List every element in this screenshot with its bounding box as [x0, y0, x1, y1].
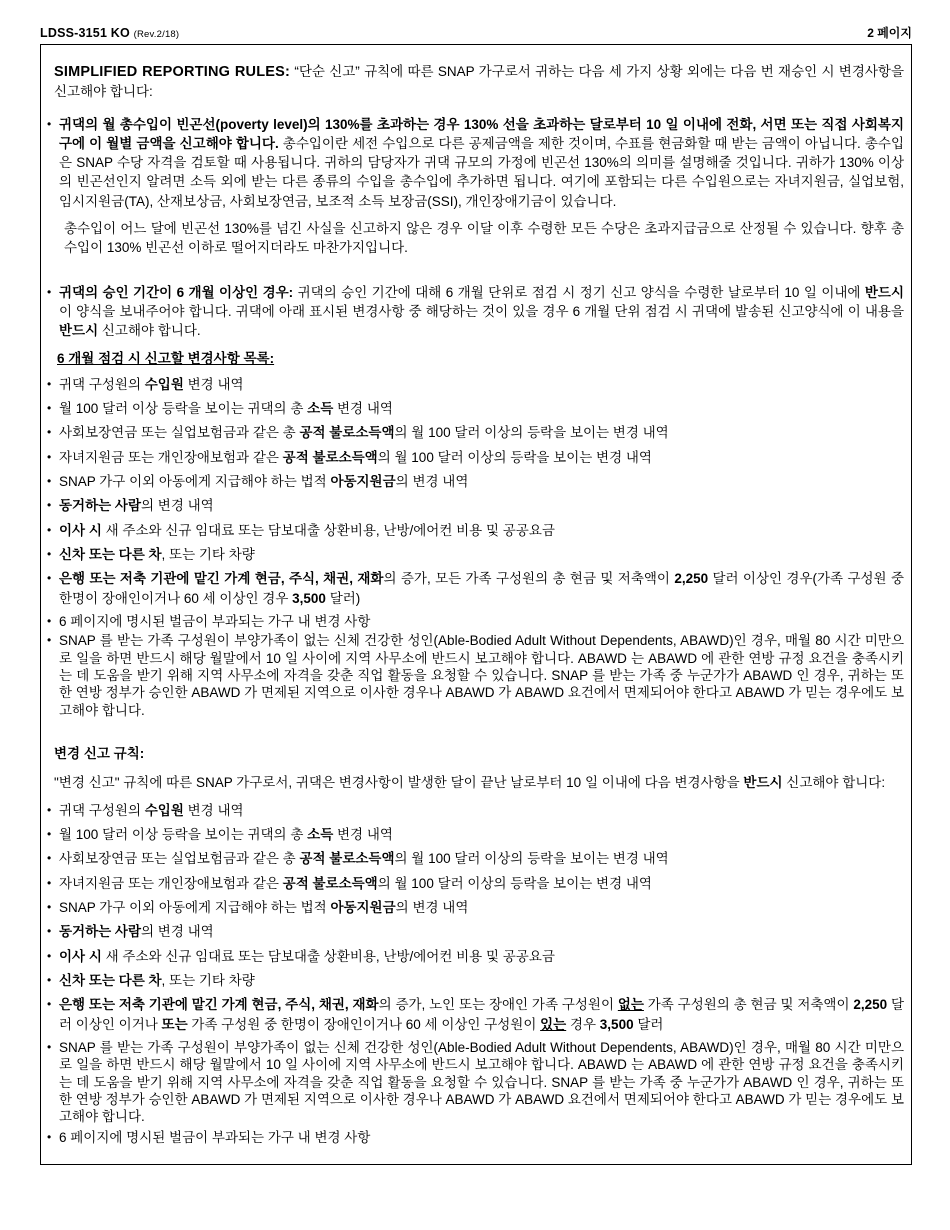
emphasis-segment: 없는	[618, 997, 644, 1012]
bullet-icon: •	[47, 613, 59, 630]
list-item: •동거하는 사람의 변경 내역	[47, 496, 904, 515]
text-segment: 새 주소와 신규 임대료 또는 담보대출 상환비용, 난방/에어컨 비용 및 공…	[102, 949, 555, 964]
text-segment: , 또는 기타 차량	[162, 547, 255, 562]
list-item: •이사 시 새 주소와 신규 임대료 또는 담보대출 상환비용, 난방/에어컨 …	[47, 521, 904, 540]
list-item: •SNAP 를 받는 가족 구성원이 부양가족이 없는 신체 건강한 성인(Ab…	[47, 632, 904, 719]
text-segment: 의 월 100 달러 이상의 등락을 보이는 변경 내역	[395, 425, 669, 440]
emphasis-segment: 변경 신고 규칙:	[54, 746, 144, 761]
sub-paragraph: 총수입이 어느 달에 빈곤선 130%를 넘긴 사실을 신고하지 않은 경우 이…	[64, 219, 904, 258]
emphasis-segment: 은행 또는 저축 기관에 맡긴 가계 현금, 주식, 채권, 재화	[59, 571, 383, 586]
list-item-text: 귀댁 구성원의 수입원 변경 내역	[59, 801, 904, 820]
list-item: •사회보장연금 또는 실업보험금과 같은 총 공적 불로소득액의 월 100 달…	[47, 849, 904, 868]
list-item: •SNAP 를 받는 가족 구성원이 부양가족이 없는 신체 건강한 성인(Ab…	[47, 1039, 904, 1126]
emphasis-segment: 반드시	[865, 285, 904, 300]
list-item-text: 자녀지원금 또는 개인장애보험과 같은 공적 불로소득액의 월 100 달러 이…	[59, 874, 904, 893]
bullet-icon: •	[47, 898, 59, 917]
text-segment: 변경 내역	[333, 401, 393, 416]
text-segment: 의 증가, 노인 또는 장애인 가족 구성원이	[379, 997, 618, 1012]
list-item-text: 귀댁의 월 총수입이 빈곤선(poverty level)의 130%를 초과하…	[59, 115, 904, 211]
list-item: •월 100 달러 이상 등락을 보이는 귀댁의 총 소득 변경 내역	[47, 825, 904, 844]
emphasis-segment: 공적 불로소득액	[299, 425, 394, 440]
text-segment: , 또는 기타 차량	[162, 973, 255, 988]
text-segment: 자녀지원금 또는 개인장애보험과 같은	[59, 450, 283, 465]
list-item-text: 신차 또는 다른 차, 또는 기타 차량	[59, 545, 904, 564]
text-segment: 귀댁의 승인 기간에 대해 6 개월 단위로 점검 시 정기 신고 양식을 수령…	[293, 285, 865, 300]
emphasis-segment: 공적 불로소득액	[283, 450, 378, 465]
text-segment: 새 주소와 신규 임대료 또는 담보대출 상환비용, 난방/에어컨 비용 및 공…	[102, 523, 555, 538]
list-item: •은행 또는 저축 기관에 맡긴 가계 현금, 주식, 채권, 재화의 증가, …	[47, 995, 904, 1034]
list-item-text: 월 100 달러 이상 등락을 보이는 귀댁의 총 소득 변경 내역	[59, 399, 904, 418]
text-segment: 의 월 100 달러 이상의 등락을 보이는 변경 내역	[378, 876, 652, 891]
list-item-text: 신차 또는 다른 차, 또는 기타 차량	[59, 971, 904, 990]
list-item-text: 동거하는 사람의 변경 내역	[59, 496, 904, 515]
list-item: •신차 또는 다른 차, 또는 기타 차량	[47, 545, 904, 564]
list-item-text: 월 100 달러 이상 등락을 보이는 귀댁의 총 소득 변경 내역	[59, 825, 904, 844]
emphasis-segment: 반드시	[59, 323, 98, 338]
document-body: SIMPLIFIED REPORTING RULES: “단순 신고” 규칙에 …	[47, 62, 904, 1147]
bullet-icon: •	[47, 569, 59, 608]
text-segment: SNAP 가구 이외 아동에게 지급해야 하는 법적	[59, 900, 330, 915]
text-segment: SNAP 를 받는 가족 구성원이 부양가족이 없는 신체 건강한 성인(Abl…	[59, 633, 904, 718]
text-segment: 가족 구성원 중 한명이 장애인이거나 60 세 이상인 구성원이	[188, 1017, 540, 1032]
list-item-text: 6 페이지에 명시된 벌금이 부과되는 가구 내 변경 사항	[59, 613, 904, 630]
emphasis-segment: 공적 불로소득액	[283, 876, 378, 891]
list-item: •귀댁 구성원의 수입원 변경 내역	[47, 375, 904, 394]
list-item-text: 사회보장연금 또는 실업보험금과 같은 총 공적 불로소득액의 월 100 달러…	[59, 423, 904, 442]
form-page: LDSS-3151 KO (Rev.2/18) 2 페이지 SIMPLIFIED…	[0, 0, 950, 1230]
emphasis-segment: 아동지원금	[330, 900, 395, 915]
list-item: •은행 또는 저축 기관에 맡긴 가계 현금, 주식, 채권, 재화의 증가, …	[47, 569, 904, 608]
emphasis-segment: 이사 시	[59, 949, 102, 964]
bullet-icon: •	[47, 283, 59, 341]
list-item-text: 귀댁 구성원의 수입원 변경 내역	[59, 375, 904, 394]
bullet-icon: •	[47, 399, 59, 418]
emphasis-segment: 은행 또는 저축 기관에 맡긴 가계 현금, 주식, 채권, 재화	[59, 997, 379, 1012]
content-box: SIMPLIFIED REPORTING RULES: “단순 신고” 규칙에 …	[40, 44, 912, 1165]
text-segment: 의 월 100 달러 이상의 등락을 보이는 변경 내역	[378, 450, 652, 465]
form-number-text: LDSS-3151 KO	[40, 26, 130, 40]
text-segment: 자녀지원금 또는 개인장애보험과 같은	[59, 876, 283, 891]
text-segment: 변경 내역	[333, 827, 393, 842]
emphasis-segment: 3,500	[600, 1017, 634, 1032]
form-revision: (Rev.2/18)	[134, 29, 180, 40]
emphasis-segment: 수입원	[145, 377, 184, 392]
emphasis-segment: 신차 또는 다른 차	[59, 547, 162, 562]
emphasis-segment: 6 개월 점검 시 신고할 변경사항 목록:	[57, 351, 274, 366]
emphasis-segment: 수입원	[145, 803, 184, 818]
list-item-text: SNAP 가구 이외 아동에게 지급해야 하는 법적 아동지원금의 변경 내역	[59, 898, 904, 917]
emphasis-segment: SIMPLIFIED REPORTING RULES:	[54, 64, 290, 80]
page-header: LDSS-3151 KO (Rev.2/18) 2 페이지	[40, 24, 912, 41]
bullet-item: •귀댁의 승인 기간이 6 개월 이상인 경우: 귀댁의 승인 기간에 대해 6…	[47, 283, 904, 341]
emphasis-segment: 또는	[162, 1017, 188, 1032]
list-item-text: 6 페이지에 명시된 벌금이 부과되는 가구 내 변경 사항	[59, 1128, 904, 1147]
emphasis-segment: 공적 불로소득액	[299, 851, 394, 866]
list-heading: 6 개월 점검 시 신고할 변경사항 목록:	[57, 349, 904, 368]
text-segment: 신고해야 합니다:	[783, 775, 886, 790]
list-item: •6 페이지에 명시된 벌금이 부과되는 가구 내 변경 사항	[47, 613, 904, 630]
bullet-icon: •	[47, 801, 59, 820]
emphasis-segment: 반드시	[743, 775, 782, 790]
text-segment: "변경 신고" 규칙에 따른 SNAP 가구로서, 귀댁은 변경사항이 발생한 …	[54, 775, 743, 790]
bullet-icon: •	[47, 1128, 59, 1147]
list-item-text: SNAP 가구 이외 아동에게 지급해야 하는 법적 아동지원금의 변경 내역	[59, 472, 904, 491]
bullet-icon: •	[47, 1039, 59, 1126]
text-segment: 의 변경 내역	[141, 924, 214, 939]
bullet-icon: •	[47, 632, 59, 719]
text-segment: 6 페이지에 명시된 벌금이 부과되는 가구 내 변경 사항	[59, 614, 370, 629]
bullet-icon: •	[47, 521, 59, 540]
text-segment: 이 양식을 보내주어야 합니다. 귀댁에 아래 표시된 변경사항 중 해당하는 …	[59, 304, 904, 319]
list-item-text: 은행 또는 저축 기관에 맡긴 가계 현금, 주식, 채권, 재화의 증가, 모…	[59, 569, 904, 608]
emphasis-segment: 2,250	[674, 571, 708, 586]
emphasis-segment: 동거하는 사람	[59, 498, 141, 513]
list-item-text: 사회보장연금 또는 실업보험금과 같은 총 공적 불로소득액의 월 100 달러…	[59, 849, 904, 868]
bullet-icon: •	[47, 995, 59, 1034]
text-segment: 달러)	[326, 591, 360, 606]
list-item-text: 이사 시 새 주소와 신규 임대료 또는 담보대출 상환비용, 난방/에어컨 비…	[59, 947, 904, 966]
text-segment: 총수입이 어느 달에 빈곤선 130%를 넘긴 사실을 신고하지 않은 경우 이…	[64, 221, 904, 255]
text-segment: 신고해야 합니다.	[98, 323, 201, 338]
form-number: LDSS-3151 KO (Rev.2/18)	[40, 26, 179, 40]
text-segment: 6 페이지에 명시된 벌금이 부과되는 가구 내 변경 사항	[59, 1130, 370, 1145]
bullet-item: •귀댁의 월 총수입이 빈곤선(poverty level)의 130%를 초과…	[47, 115, 904, 211]
list-item: •자녀지원금 또는 개인장애보험과 같은 공적 불로소득액의 월 100 달러 …	[47, 448, 904, 467]
emphasis-segment: 있는	[540, 1017, 566, 1032]
emphasis-segment: 3,500	[292, 591, 326, 606]
list-item: •사회보장연금 또는 실업보험금과 같은 총 공적 불로소득액의 월 100 달…	[47, 423, 904, 442]
text-segment: 의 증가, 모든 가족 구성원의 총 현금 및 저축액이	[383, 571, 674, 586]
bullet-icon: •	[47, 971, 59, 990]
list-item: •월 100 달러 이상 등락을 보이는 귀댁의 총 소득 변경 내역	[47, 399, 904, 418]
text-segment: 의 변경 내역	[396, 474, 469, 489]
list-item-text: 동거하는 사람의 변경 내역	[59, 922, 904, 941]
page-number: 2 페이지	[867, 24, 912, 41]
emphasis-segment: 동거하는 사람	[59, 924, 141, 939]
emphasis-segment: 이사 시	[59, 523, 102, 538]
text-segment: 변경 내역	[184, 803, 244, 818]
bullet-icon: •	[47, 849, 59, 868]
text-segment: 달러	[634, 1017, 664, 1032]
bullet-icon: •	[47, 496, 59, 515]
emphasis-segment: 아동지원금	[330, 474, 395, 489]
paragraph: "변경 신고" 규칙에 따른 SNAP 가구로서, 귀댁은 변경사항이 발생한 …	[54, 773, 904, 792]
text-segment: 귀댁 구성원의	[59, 377, 145, 392]
list-item-text: SNAP 를 받는 가족 구성원이 부양가족이 없는 신체 건강한 성인(Abl…	[59, 1039, 904, 1126]
bullet-icon: •	[47, 545, 59, 564]
text-segment: 사회보장연금 또는 실업보험금과 같은 총	[59, 425, 299, 440]
list-item-text: 귀댁의 승인 기간이 6 개월 이상인 경우: 귀댁의 승인 기간에 대해 6 …	[59, 283, 904, 341]
bullet-icon: •	[47, 375, 59, 394]
bullet-icon: •	[47, 115, 59, 211]
section-heading: 변경 신고 규칙:	[54, 744, 904, 763]
list-item: •동거하는 사람의 변경 내역	[47, 922, 904, 941]
text-segment: 월 100 달러 이상 등락을 보이는 귀댁의 총	[59, 827, 307, 842]
emphasis-segment: 신차 또는 다른 차	[59, 973, 162, 988]
text-segment: SNAP 가구 이외 아동에게 지급해야 하는 법적	[59, 474, 330, 489]
text-segment: 의 변경 내역	[396, 900, 469, 915]
list-item: •SNAP 가구 이외 아동에게 지급해야 하는 법적 아동지원금의 변경 내역	[47, 898, 904, 917]
text-segment: 가족 구성원의 총 현금 및 저축액이	[644, 997, 853, 1012]
text-segment: SNAP 를 받는 가족 구성원이 부양가족이 없는 신체 건강한 성인(Abl…	[59, 1040, 904, 1125]
list-item: •신차 또는 다른 차, 또는 기타 차량	[47, 971, 904, 990]
bullet-icon: •	[47, 472, 59, 491]
list-item: •이사 시 새 주소와 신규 임대료 또는 담보대출 상환비용, 난방/에어컨 …	[47, 947, 904, 966]
list-item-text: 은행 또는 저축 기관에 맡긴 가계 현금, 주식, 채권, 재화의 증가, 노…	[59, 995, 904, 1034]
bullet-icon: •	[47, 922, 59, 941]
bullet-icon: •	[47, 947, 59, 966]
emphasis-segment: 귀댁의 승인 기간이 6 개월 이상인 경우:	[59, 285, 293, 300]
bullet-icon: •	[47, 825, 59, 844]
list-item: •자녀지원금 또는 개인장애보험과 같은 공적 불로소득액의 월 100 달러 …	[47, 874, 904, 893]
text-segment: 의 변경 내역	[141, 498, 214, 513]
list-item: •귀댁 구성원의 수입원 변경 내역	[47, 801, 904, 820]
text-segment: 귀댁 구성원의	[59, 803, 145, 818]
list-item: •SNAP 가구 이외 아동에게 지급해야 하는 법적 아동지원금의 변경 내역	[47, 472, 904, 491]
list-item-text: 자녀지원금 또는 개인장애보험과 같은 공적 불로소득액의 월 100 달러 이…	[59, 448, 904, 467]
text-segment: 변경 내역	[184, 377, 244, 392]
bullet-icon: •	[47, 448, 59, 467]
text-segment: 월 100 달러 이상 등락을 보이는 귀댁의 총	[59, 401, 307, 416]
list-item: •6 페이지에 명시된 벌금이 부과되는 가구 내 변경 사항	[47, 1128, 904, 1147]
intro-paragraph: SIMPLIFIED REPORTING RULES: “단순 신고” 규칙에 …	[54, 62, 904, 102]
text-segment: 의 월 100 달러 이상의 등락을 보이는 변경 내역	[395, 851, 669, 866]
bullet-icon: •	[47, 423, 59, 442]
text-segment: 사회보장연금 또는 실업보험금과 같은 총	[59, 851, 299, 866]
text-segment: 경우	[566, 1017, 600, 1032]
bullet-icon: •	[47, 874, 59, 893]
list-item-text: SNAP 를 받는 가족 구성원이 부양가족이 없는 신체 건강한 성인(Abl…	[59, 632, 904, 719]
emphasis-segment: 소득	[307, 401, 333, 416]
emphasis-segment: 2,250	[853, 997, 887, 1012]
emphasis-segment: 소득	[307, 827, 333, 842]
list-item-text: 이사 시 새 주소와 신규 임대료 또는 담보대출 상환비용, 난방/에어컨 비…	[59, 521, 904, 540]
